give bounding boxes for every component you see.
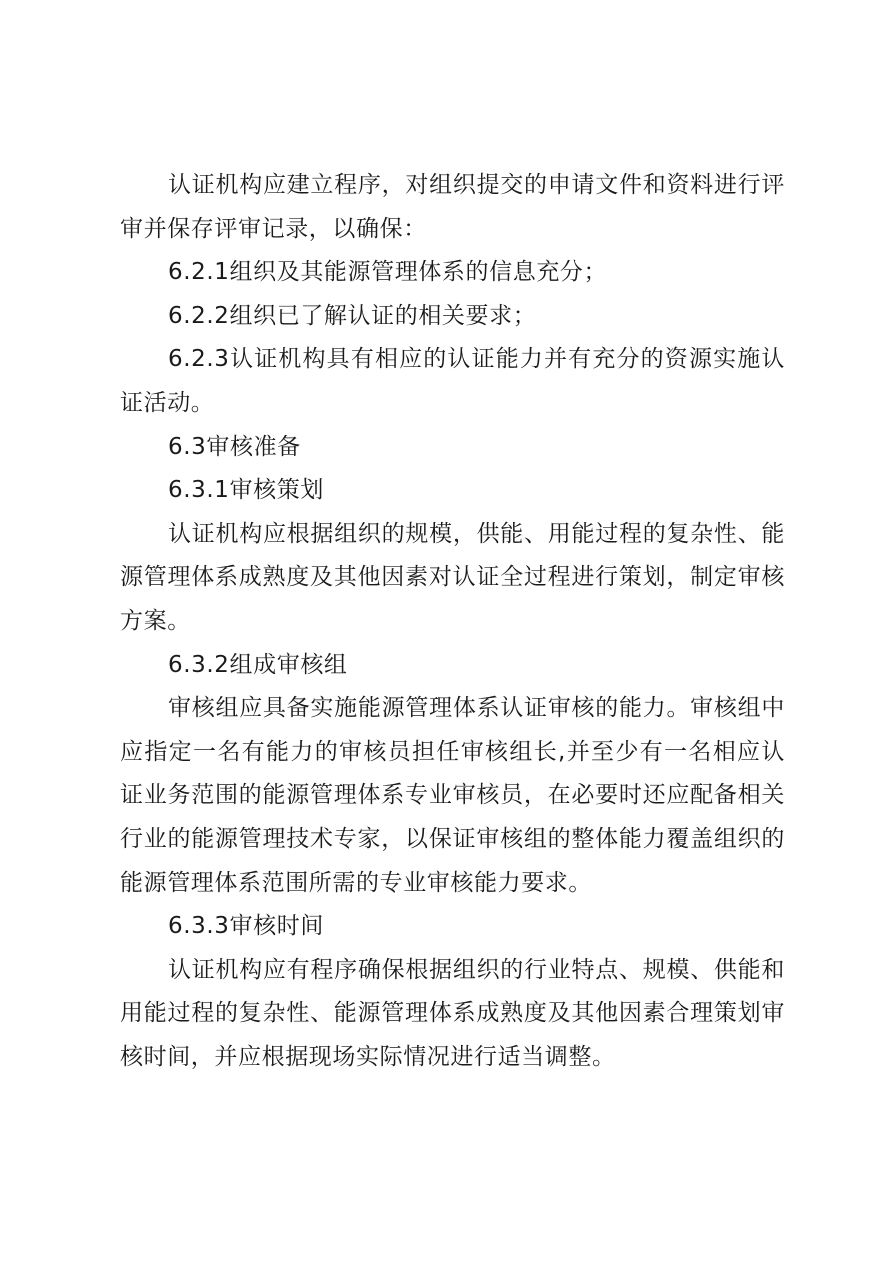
text-line: 审核组应具备实施能源管理体系认证审核的能力。审核组中	[120, 687, 785, 731]
heading-6-3-2: 6.3.2组成审核组	[120, 644, 785, 688]
text-line: 证活动。	[120, 382, 785, 426]
text-line: 核时间，并应根据现场实际情况进行适当调整。	[120, 1036, 785, 1080]
clause-6-2-1: 6.2.1组织及其能源管理体系的信息充分；	[120, 251, 785, 295]
text-line: 用能过程的复杂性、能源管理体系成熟度及其他因素合理策划审	[120, 992, 785, 1036]
heading-6-3-1: 6.3.1审核策划	[120, 469, 785, 513]
text-line: 6.2.3认证机构具有相应的认证能力并有充分的资源实施认	[120, 338, 785, 382]
text-line: 行业的能源管理技术专家，以保证审核组的整体能力覆盖组织的	[120, 818, 785, 862]
heading-6-3: 6.3审核准备	[120, 426, 785, 470]
paragraph-review-intro: 认证机构应建立程序，对组织提交的申请文件和资料进行评 审并保存评审记录，以确保：	[120, 164, 785, 251]
text-line: 方案。	[120, 600, 785, 644]
text-line: 源管理体系成熟度及其他因素对认证全过程进行策划，制定审核	[120, 556, 785, 600]
paragraph-6-3-3: 认证机构应有程序确保根据组织的行业特点、规模、供能和 用能过程的复杂性、能源管理…	[120, 949, 785, 1080]
text-line: 证业务范围的能源管理体系专业审核员，在必要时还应配备相关	[120, 774, 785, 818]
text-line: 能源管理体系范围所需的专业审核能力要求。	[120, 862, 785, 906]
text-line: 应指定一名有能力的审核员担任审核组长,并至少有一名相应认	[120, 731, 785, 775]
heading-6-3-3: 6.3.3审核时间	[120, 905, 785, 949]
text-line: 认证机构应根据组织的规模，供能、用能过程的复杂性、能	[120, 513, 785, 557]
paragraph-6-3-1: 认证机构应根据组织的规模，供能、用能过程的复杂性、能 源管理体系成熟度及其他因素…	[120, 513, 785, 644]
clause-6-2-2: 6.2.2组织已了解认证的相关要求；	[120, 295, 785, 339]
document-page: 认证机构应建立程序，对组织提交的申请文件和资料进行评 审并保存评审记录，以确保：…	[120, 164, 785, 1079]
clause-6-2-3: 6.2.3认证机构具有相应的认证能力并有充分的资源实施认 证活动。	[120, 338, 785, 425]
text-line: 认证机构应建立程序，对组织提交的申请文件和资料进行评	[120, 164, 785, 208]
text-line: 审并保存评审记录，以确保：	[120, 208, 785, 252]
paragraph-6-3-2: 审核组应具备实施能源管理体系认证审核的能力。审核组中 应指定一名有能力的审核员担…	[120, 687, 785, 905]
text-line: 认证机构应有程序确保根据组织的行业特点、规模、供能和	[120, 949, 785, 993]
